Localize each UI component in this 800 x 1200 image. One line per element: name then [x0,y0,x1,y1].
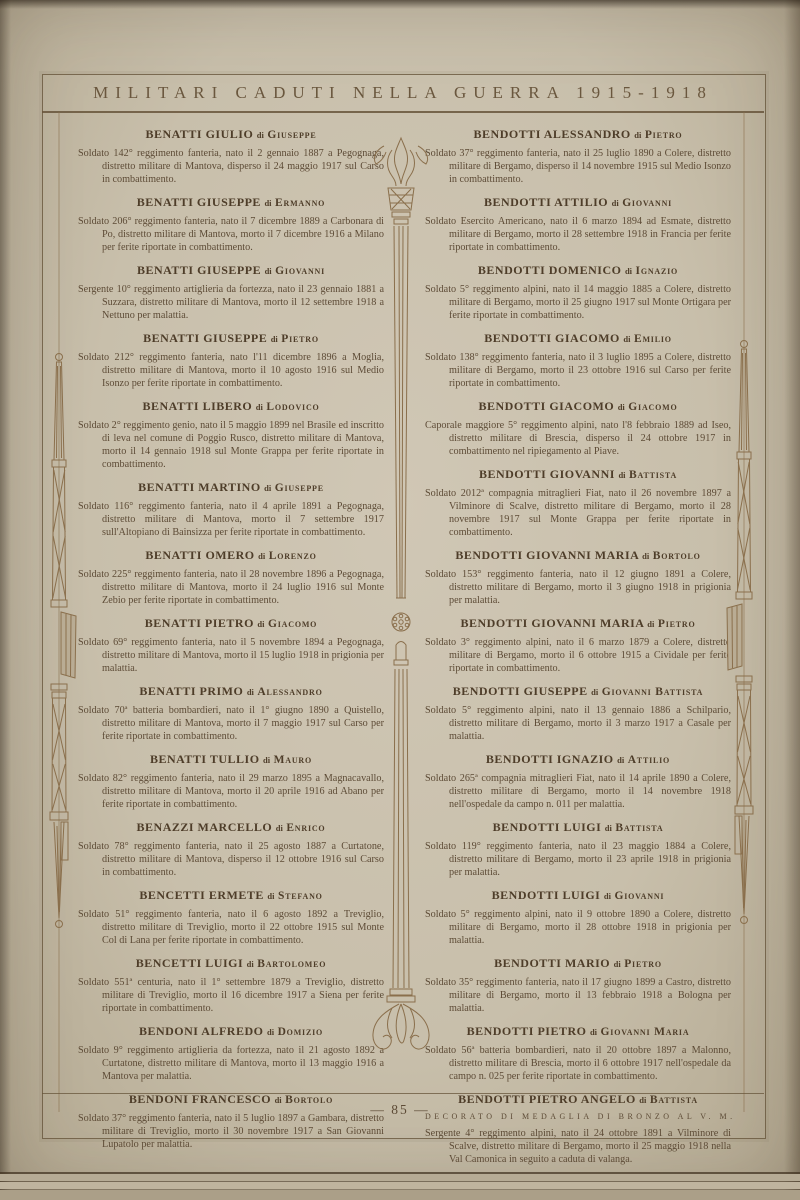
footer-rule [42,1093,764,1094]
book-page-stack-edge [0,1154,800,1200]
soldier-entry: BENATTI MARTINO di Giuseppe Soldato 116°… [78,480,384,539]
soldier-entry: BENATTI OMERO di Lorenzo Soldato 225° re… [78,548,384,607]
soldier-name-heading: BENDOTTI MARIO di Pietro [425,956,731,971]
filiation-particle: di [647,619,654,629]
soldier-record-text: Soldato 3° reggimento alpini, nato il 6 … [425,636,731,675]
father-name: Domizio [278,1026,323,1038]
soldier-entry: BENDOTTI GIACOMO di Emilio Soldato 138° … [425,331,731,390]
soldier-name-heading: BENDOTTI GIOVANNI MARIA di Pietro [425,616,731,631]
filiation-particle: di [604,891,611,901]
page-number: — 85 — [0,1102,800,1118]
soldier-record-text: Soldato 138° reggimento fanteria, nato i… [425,351,731,390]
soldier-name-heading: BENDOTTI GIACOMO di Emilio [425,331,731,346]
soldier-surname-and-name: BENATTI GIUSEPPE [137,195,261,209]
soldier-surname-and-name: BENDOTTI GIUSEPPE [453,684,588,698]
soldier-record-text: Soldato 5° reggimento alpini, nato il 9 … [425,908,731,947]
soldier-surname-and-name: BENCETTI ERMETE [139,888,264,902]
father-name: Lorenzo [269,550,317,562]
soldier-surname-and-name: BENDOTTI GIOVANNI MARIA [460,616,643,630]
soldier-entry: BENDOTTI LUIGI di Battista Soldato 119° … [425,820,731,879]
filiation-particle: di [276,823,283,833]
soldier-entry: BENDOTTI GIOVANNI MARIA di Bortolo Solda… [425,548,731,607]
soldier-entry: BENDOTTI GIOVANNI MARIA di Pietro Soldat… [425,616,731,675]
father-name: Battista [615,822,663,834]
soldier-name-heading: BENATTI LIBERO di Lodovico [78,399,384,414]
soldier-surname-and-name: BENATTI TULLIO [150,752,260,766]
soldier-entry: BENATTI LIBERO di Lodovico Soldato 2° re… [78,399,384,471]
column-right: BENDOTTI ALESSANDRO di Pietro Soldato 37… [425,127,731,1175]
soldier-entry: BENDOTTI IGNAZIO di Attilio Soldato 265ª… [425,752,731,811]
soldier-entry: BENATTI PRIMO di Alessandro Soldato 70ª … [78,684,384,743]
soldier-surname-and-name: BENDOTTI GIACOMO [484,331,620,345]
filiation-particle: di [618,402,625,412]
soldier-surname-and-name: BENDOTTI ATTILIO [484,195,608,209]
soldier-record-text: Soldato 78° reggimento fanteria, nato il… [78,840,384,879]
father-name: Pietro [658,618,696,630]
father-name: Bartolomeo [257,958,326,970]
soldier-name-heading: BENATTI OMERO di Lorenzo [78,548,384,563]
soldier-surname-and-name: BENATTI GIUSEPPE [137,263,261,277]
father-name: Bortolo [653,550,701,562]
soldier-surname-and-name: BENDOTTI GIOVANNI [479,467,615,481]
soldier-surname-and-name: BENDOTTI DOMENICO [478,263,622,277]
soldier-entry: BENDOTTI LUIGI di Giovanni Soldato 5° re… [425,888,731,947]
filiation-particle: di [271,334,278,344]
soldier-record-text: Soldato 82° reggimento fanteria, nato il… [78,772,384,811]
soldier-entry: BENATTI PIETRO di Giacomo Soldato 69° re… [78,616,384,675]
soldier-record-text: Soldato 142° reggimento fanteria, nato i… [78,147,384,186]
father-name: Ignazio [636,265,679,277]
soldier-record-text: Soldato 551ª centuria, nato il 1° settem… [78,976,384,1015]
filiation-particle: di [264,198,271,208]
soldier-record-text: Soldato 37° reggimento fanteria, nato il… [425,147,731,186]
soldier-record-text: Soldato 51° reggimento fanteria, nato il… [78,908,384,947]
soldier-entry: BENDONI FRANCESCO di Bortolo Soldato 37°… [78,1092,384,1151]
soldier-name-heading: BENATTI PRIMO di Alessandro [78,684,384,699]
soldier-name-heading: BENDOTTI IGNAZIO di Attilio [425,752,731,767]
soldier-record-text: Soldato 69° reggimento fanteria, nato il… [78,636,384,675]
soldier-record-text: Soldato 119° reggimento fanteria, nato i… [425,840,731,879]
soldier-surname-and-name: BENDONI ALFREDO [139,1024,264,1038]
soldier-entry: BENDOTTI ALESSANDRO di Pietro Soldato 37… [425,127,731,186]
soldier-name-heading: BENDOTTI PIETRO di Giovanni Maria [425,1024,731,1039]
soldier-record-text: Soldato 206° reggimento fanteria, nato i… [78,215,384,254]
filiation-particle: di [247,687,254,697]
soldier-record-text: Soldato 153° reggimento fanteria, nato i… [425,568,731,607]
entries-area: BENATTI GIULIO di Giuseppe Soldato 142° … [78,127,730,1093]
soldier-surname-and-name: BENDOTTI LUIGI [492,888,601,902]
father-name: Emilio [634,333,672,345]
soldier-entry: BENDOTTI PIETRO di Giovanni Maria Soldat… [425,1024,731,1083]
soldier-surname-and-name: BENATTI LIBERO [142,399,252,413]
father-name: Attilio [628,754,670,766]
soldier-entry: BENATTI GIULIO di Giuseppe Soldato 142° … [78,127,384,186]
filiation-particle: di [617,755,624,765]
soldier-record-text: Soldato 2° reggimento genio, nato il 5 m… [78,419,384,471]
soldier-record-text: Soldato 5° reggimento alpini, nato il 13… [425,704,731,743]
soldier-surname-and-name: BENATTI GIUSEPPE [143,331,267,345]
soldier-entry: BENAZZI MARCELLO di Enrico Soldato 78° r… [78,820,384,879]
father-name: Giuseppe [267,129,316,141]
soldier-name-heading: BENATTI MARTINO di Giuseppe [78,480,384,495]
soldier-name-heading: BENDOTTI GIOVANNI MARIA di Bortolo [425,548,731,563]
soldier-name-heading: BENDOTTI ATTILIO di Giovanni [425,195,731,210]
soldier-record-text: Soldato Esercito Americano, nato il 6 ma… [425,215,731,254]
filiation-particle: di [590,1027,597,1037]
soldier-entry: BENDOTTI GIUSEPPE di Giovanni Battista S… [425,684,731,743]
column-left: BENATTI GIULIO di Giuseppe Soldato 142° … [78,127,384,1160]
father-name: Mauro [274,754,312,766]
filiation-particle: di [591,687,598,697]
father-name: Battista [629,469,677,481]
soldier-entry: BENDOTTI ATTILIO di Giovanni Soldato Ese… [425,195,731,254]
filiation-particle: di [264,483,271,493]
soldier-record-text: Soldato 225° reggimento fanteria, nato i… [78,568,384,607]
soldier-name-heading: BENDOTTI GIOVANNI di Battista [425,467,731,482]
filiation-particle: di [267,891,274,901]
filiation-particle: di [247,959,254,969]
filiation-particle: di [618,470,625,480]
soldier-record-text: Soldato 70ª batteria bombardieri, nato i… [78,704,384,743]
filiation-particle: di [614,959,621,969]
father-name: Giacomo [628,401,677,413]
father-name: Stefano [278,890,323,902]
soldier-surname-and-name: BENATTI PIETRO [145,616,254,630]
soldier-record-text: Soldato 116° reggimento fanteria, nato i… [78,500,384,539]
filiation-particle: di [263,755,270,765]
soldier-record-text: Soldato 5° reggimento alpini, nato il 14… [425,283,731,322]
soldier-entry: BENDOTTI GIACOMO di Giacomo Caporale mag… [425,399,731,458]
filiation-particle: di [267,1027,274,1037]
father-name: Giovanni [614,890,664,902]
soldier-name-heading: BENDOTTI GIUSEPPE di Giovanni Battista [425,684,731,699]
soldier-surname-and-name: BENAZZI MARCELLO [137,820,273,834]
father-name: Giacomo [268,618,317,630]
soldier-surname-and-name: BENDOTTI GIACOMO [479,399,615,413]
soldier-name-heading: BENDOTTI ALESSANDRO di Pietro [425,127,731,142]
soldier-name-heading: BENCETTI LUIGI di Bartolomeo [78,956,384,971]
soldier-record-text: Soldato 212° reggimento fanteria, nato l… [78,351,384,390]
soldier-entry: BENATTI GIUSEPPE di Ermanno Soldato 206°… [78,195,384,254]
father-name: Pietro [281,333,319,345]
soldier-name-heading: BENAZZI MARCELLO di Enrico [78,820,384,835]
filiation-particle: di [642,551,649,561]
filiation-particle: di [612,198,619,208]
soldier-entry: BENATTI GIUSEPPE di Pietro Soldato 212° … [78,331,384,390]
father-name: Giovanni [275,265,325,277]
soldier-record-text: Soldato 56ª batteria bombardieri, nato i… [425,1044,731,1083]
soldier-entry: BENATTI TULLIO di Mauro Soldato 82° regg… [78,752,384,811]
soldier-name-heading: BENATTI GIUSEPPE di Pietro [78,331,384,346]
filiation-particle: di [605,823,612,833]
soldier-surname-and-name: BENATTI PRIMO [139,684,243,698]
soldier-entry: BENDOTTI MARIO di Pietro Soldato 35° reg… [425,956,731,1015]
scanned-book-page: MILITARI CADUTI NELLA GUERRA 1915-1918 B… [0,0,800,1200]
father-name: Pietro [645,129,683,141]
soldier-name-heading: BENATTI GIULIO di Giuseppe [78,127,384,142]
soldier-surname-and-name: BENDOTTI ALESSANDRO [474,127,631,141]
father-name: Giovanni [622,197,672,209]
filiation-particle: di [257,619,264,629]
father-name: Ermanno [275,197,325,209]
father-name: Lodovico [266,401,319,413]
soldier-name-heading: BENDOTTI LUIGI di Battista [425,820,731,835]
soldier-name-heading: BENATTI GIUSEPPE di Ermanno [78,195,384,210]
soldier-name-heading: BENATTI TULLIO di Mauro [78,752,384,767]
soldier-entry: BENDOTTI GIOVANNI di Battista Soldato 20… [425,467,731,539]
father-name: Pietro [624,958,662,970]
soldier-surname-and-name: BENDOTTI GIOVANNI MARIA [455,548,638,562]
soldier-record-text: Sergente 10° reggimento artiglieria da f… [78,283,384,322]
soldier-surname-and-name: BENDOTTI PIETRO [467,1024,587,1038]
soldier-name-heading: BENDOTTI GIACOMO di Giacomo [425,399,731,414]
filiation-particle: di [256,402,263,412]
filiation-particle: di [625,266,632,276]
soldier-name-heading: BENATTI GIUSEPPE di Giovanni [78,263,384,278]
soldier-entry: BENDOTTI DOMENICO di Ignazio Soldato 5° … [425,263,731,322]
soldier-entry: BENATTI GIUSEPPE di Giovanni Sergente 10… [78,263,384,322]
filiation-particle: di [257,130,264,140]
soldier-record-text: Soldato 35° reggimento fanteria, nato il… [425,976,731,1015]
soldier-surname-and-name: BENDOTTI IGNAZIO [486,752,614,766]
soldier-record-text: Soldato 9° reggimento artiglieria da for… [78,1044,384,1083]
soldier-surname-and-name: BENDOTTI MARIO [494,956,610,970]
father-name: Giovanni Battista [602,686,704,698]
soldier-name-heading: BENDOTTI LUIGI di Giovanni [425,888,731,903]
filiation-particle: di [265,266,272,276]
soldier-name-heading: BENATTI PIETRO di Giacomo [78,616,384,631]
soldier-record-text: Soldato 2012ª compagnia mitraglieri Fiat… [425,487,731,539]
filiation-particle: di [258,551,265,561]
father-name: Giovanni Maria [601,1026,690,1038]
soldier-record-text: Caporale maggiore 5° reggimento alpini, … [425,419,731,458]
soldier-surname-and-name: BENATTI OMERO [145,548,254,562]
page-title: MILITARI CADUTI NELLA GUERRA 1915-1918 [42,74,764,113]
father-name: Alessandro [257,686,322,698]
soldier-surname-and-name: BENATTI MARTINO [138,480,261,494]
father-name: Enrico [286,822,325,834]
soldier-surname-and-name: BENCETTI LUIGI [136,956,243,970]
soldier-name-heading: BENDOTTI DOMENICO di Ignazio [425,263,731,278]
soldier-name-heading: BENDONI ALFREDO di Domizio [78,1024,384,1039]
soldier-entry: BENDONI ALFREDO di Domizio Soldato 9° re… [78,1024,384,1083]
soldier-surname-and-name: BENATTI GIULIO [145,127,253,141]
soldier-record-text: Soldato 265ª compagnia mitraglieri Fiat,… [425,772,731,811]
soldier-name-heading: BENCETTI ERMETE di Stefano [78,888,384,903]
soldier-entry: BENCETTI ERMETE di Stefano Soldato 51° r… [78,888,384,947]
father-name: Giuseppe [275,482,324,494]
soldier-surname-and-name: BENDOTTI LUIGI [493,820,602,834]
filiation-particle: di [623,334,630,344]
soldier-entry: BENCETTI LUIGI di Bartolomeo Soldato 551… [78,956,384,1015]
filiation-particle: di [634,130,641,140]
